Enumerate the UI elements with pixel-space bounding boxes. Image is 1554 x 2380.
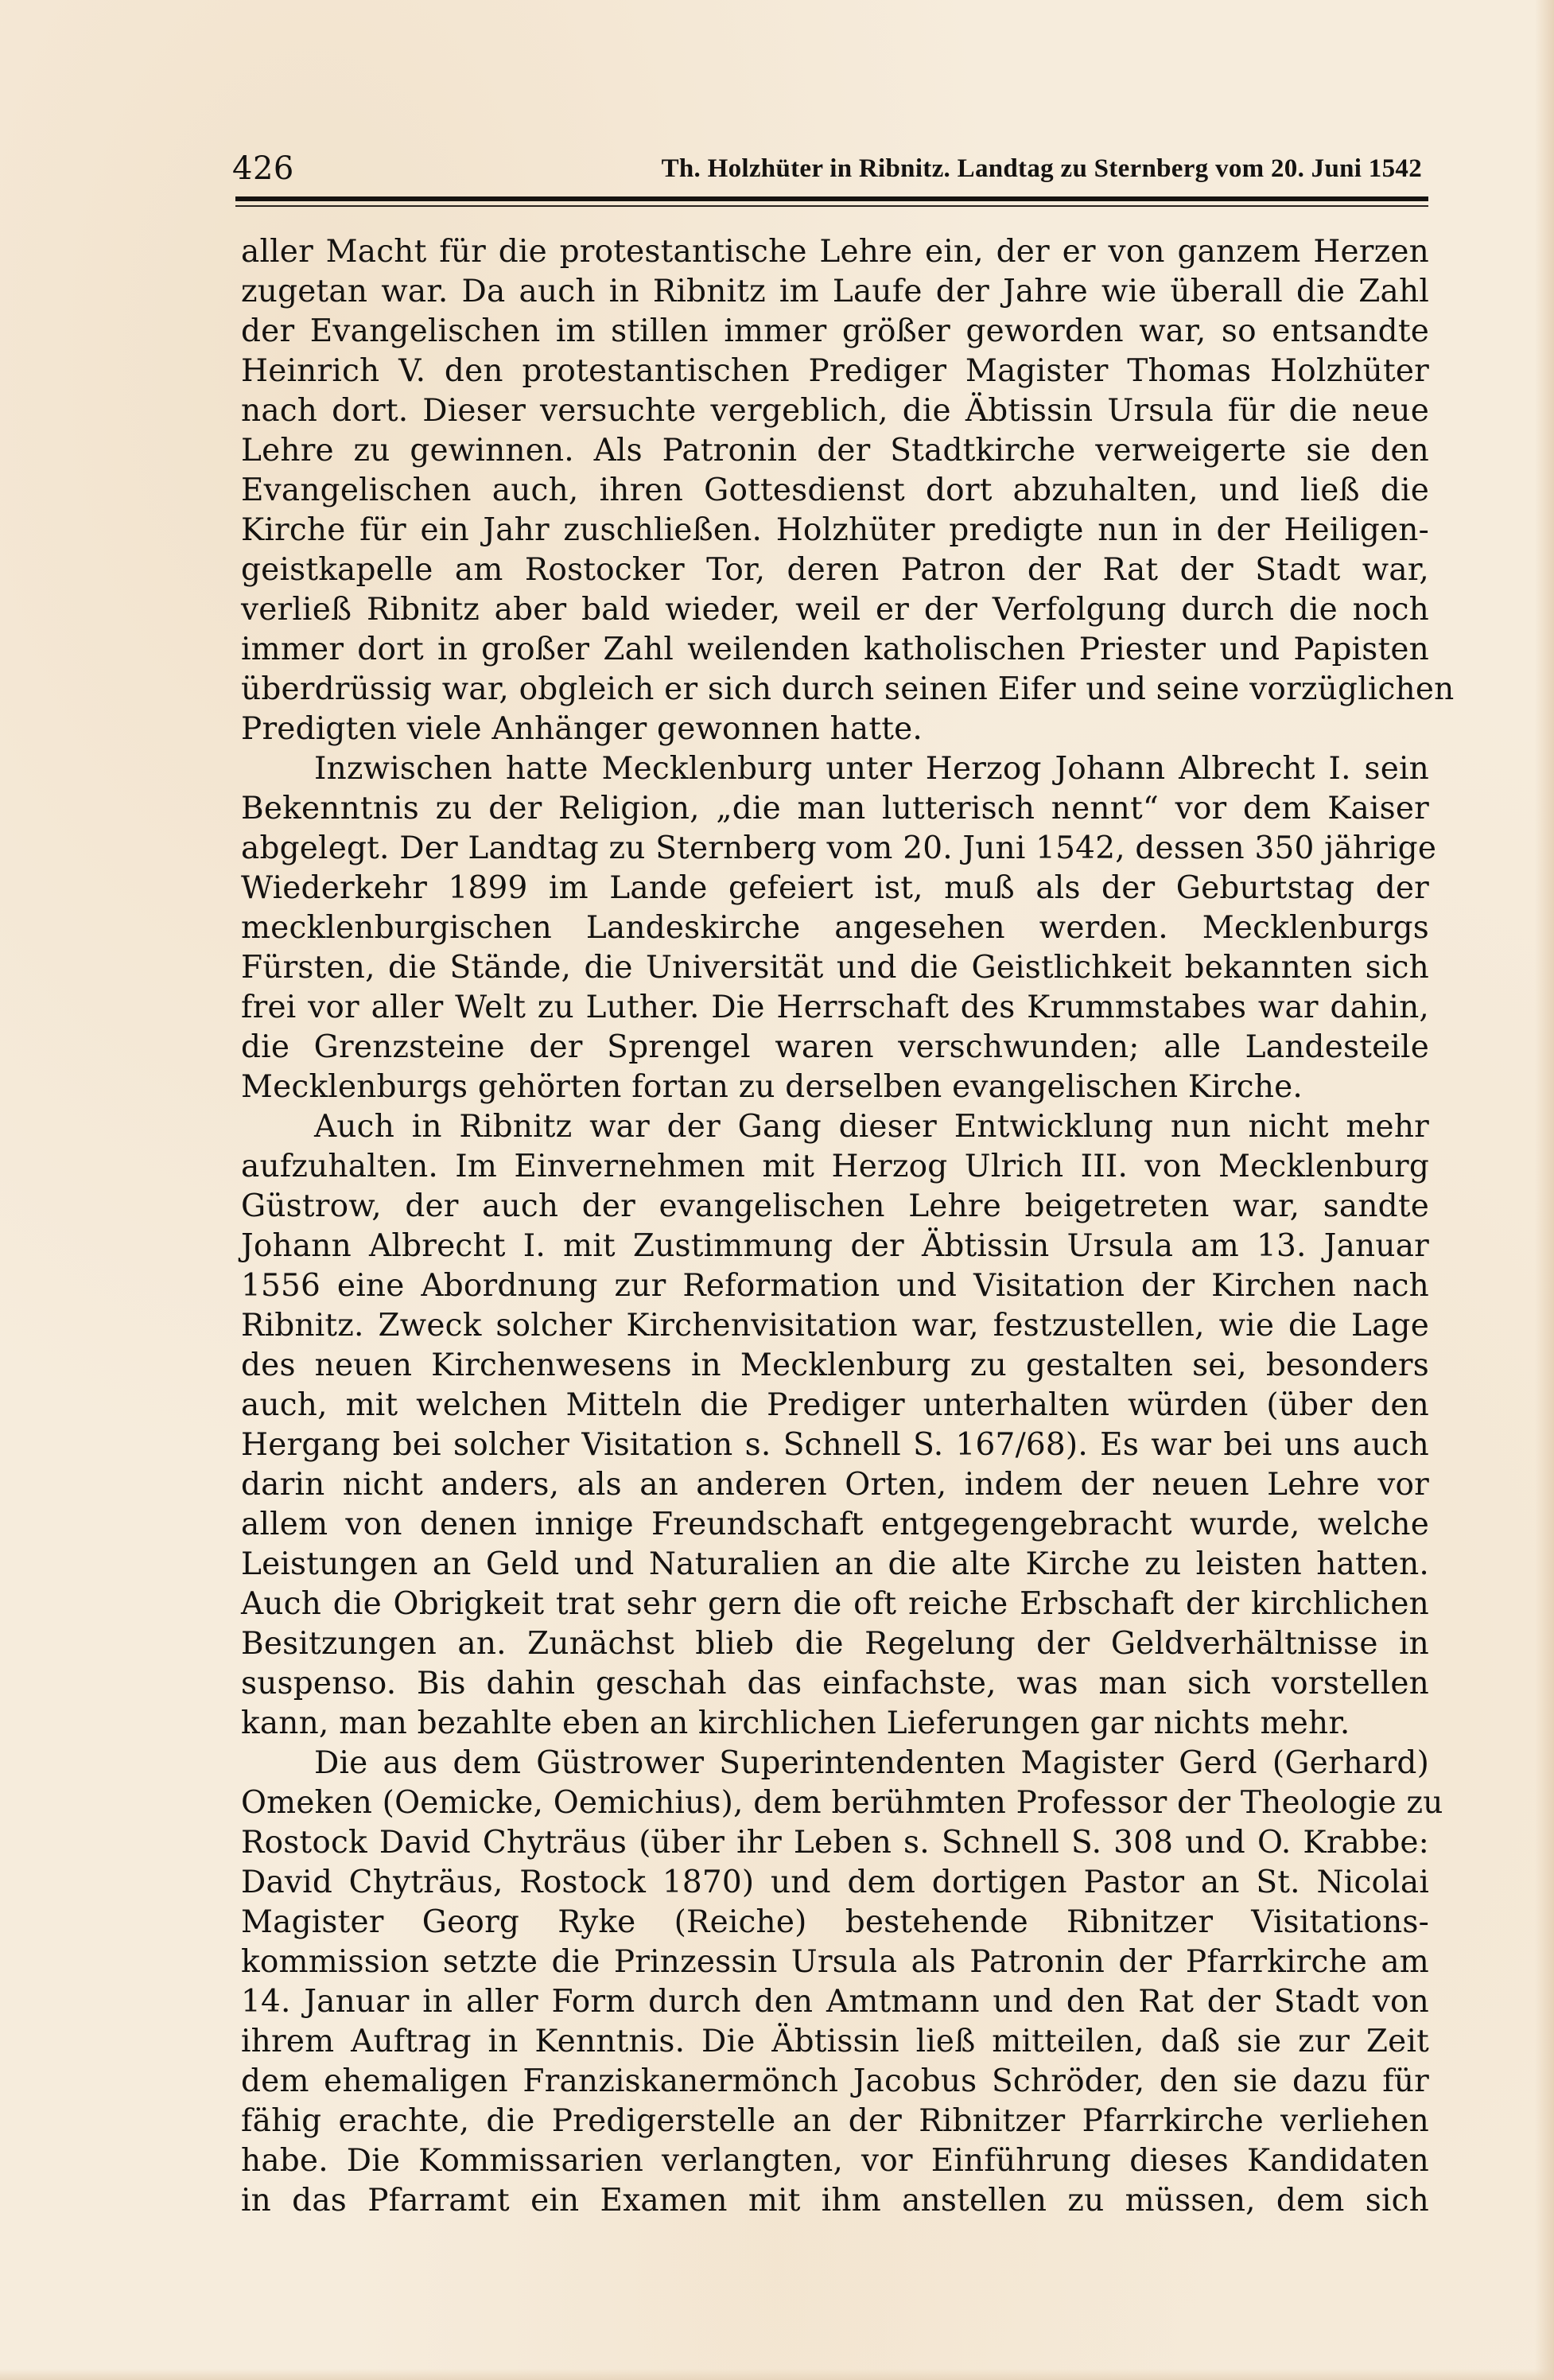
text-line: habe. Die Kommissarien verlangten, vor E… [241,2141,1429,2181]
body-text: aller Macht für die protestantische Lehr… [241,232,1429,2221]
text-line: Hergang bei solcher Visitation s. Schnel… [241,1425,1429,1465]
text-line: die Grenzsteine der Sprengel waren versc… [241,1028,1429,1067]
text-line: allem von denen innige Freundschaft entg… [241,1505,1429,1545]
text-line: suspenso. Bis dahin geschah das einfachs… [241,1664,1429,1704]
text-line: aufzuhalten. Im Einvernehmen mit Herzog … [241,1147,1429,1187]
text-line: fähig erachte, die Predigerstelle an der… [241,2102,1429,2141]
header-rule-thin [235,205,1428,207]
text-line: Fürsten, die Stände, die Universität und… [241,948,1429,988]
text-line: Ribnitz. Zweck solcher Kirchenvisitation… [241,1306,1429,1346]
text-line: zugetan war. Da auch in Ribnitz im Laufe… [241,272,1429,312]
text-line: nach dort. Dieser versuchte vergeblich, … [241,391,1429,431]
text-line: Die aus dem Güstrower Superintendenten M… [241,1744,1429,1783]
text-line: immer dort in großer Zahl weilenden kath… [241,630,1429,670]
text-line: 14. Januar in aller Form durch den Amtma… [241,1982,1429,2022]
text-line: kann, man bezahlte eben an kirchlichen L… [241,1704,1429,1744]
text-line: darin nicht anders, als an anderen Orten… [241,1465,1429,1505]
text-line: ihrem Auftrag in Kenntnis. Die Äbtissin … [241,2022,1429,2062]
text-line: verließ Ribnitz aber bald wieder, weil e… [241,590,1429,630]
text-line: frei vor aller Welt zu Luther. Die Herrs… [241,988,1429,1028]
text-line: auch, mit welchen Mitteln die Prediger u… [241,1386,1429,1425]
text-line: Güstrow, der auch der evangelischen Lehr… [241,1187,1429,1227]
text-line: mecklenburgischen Landeskirche angesehen… [241,908,1429,948]
text-line: Besitzungen an. Zunächst blieb die Regel… [241,1624,1429,1664]
text-line: abgelegt. Der Landtag zu Sternberg vom 2… [241,829,1429,869]
text-line: Wiederkehr 1899 im Lande gefeiert ist, m… [241,869,1429,908]
text-line: Kirche für ein Jahr zuschließen. Holzhüt… [241,511,1429,550]
text-line: Leistungen an Geld und Naturalien an die… [241,1545,1429,1585]
text-line: dem ehemaligen Franziskanermönch Jacobus… [241,2062,1429,2102]
text-line: Auch die Obrigkeit trat sehr gern die of… [241,1585,1429,1624]
text-line: kommission setzte die Prinzessin Ursula … [241,1942,1429,1982]
text-line: Lehre zu gewinnen. Als Patronin der Stad… [241,431,1429,471]
text-line: Inzwischen hatte Mecklenburg unter Herzo… [241,749,1429,789]
text-line: 1556 eine Abordnung zur Reformation und … [241,1266,1429,1306]
text-line: des neuen Kirchenwesens in Mecklenburg z… [241,1346,1429,1386]
text-line: Auch in Ribnitz war der Gang dieser Entw… [241,1107,1429,1147]
page-header: 426 Th. Holzhüter in Ribnitz. Landtag zu… [232,150,1427,188]
header-rule-thick [235,196,1428,201]
text-line: Magister Georg Ryke (Reiche) bestehende … [241,1903,1429,1942]
paragraph: Auch in Ribnitz war der Gang dieser Entw… [241,1107,1429,1744]
text-line: der Evangelischen im stillen immer größe… [241,312,1429,352]
text-line: Omeken (Oemicke, Oemichius), dem berühmt… [241,1783,1429,1823]
paragraph: aller Macht für die protestantische Lehr… [241,232,1429,749]
page-number: 426 [232,150,294,188]
paragraph: Inzwischen hatte Mecklenburg unter Herzo… [241,749,1429,1107]
page-edge-shadow [1535,0,1554,2380]
text-line: überdrüssig war, obgleich er sich durch … [241,670,1429,710]
text-line: Rostock David Chyträus (über ihr Leben s… [241,1823,1429,1863]
text-line: Heinrich V. den protestantischen Predige… [241,352,1429,391]
page-bottom-edge [0,2369,1554,2380]
text-line: aller Macht für die protestantische Lehr… [241,232,1429,272]
text-line: Predigten viele Anhänger gewonnen hatte. [241,710,1429,749]
text-line: in das Pfarramt ein Examen mit ihm anste… [241,2181,1429,2221]
running-head: Th. Holzhüter in Ribnitz. Landtag zu Ste… [662,153,1422,185]
text-line: Mecklenburgs gehörten fortan zu derselbe… [241,1067,1429,1107]
text-line: Evangelischen auch, ihren Gottesdienst d… [241,471,1429,511]
text-line: Johann Albrecht I. mit Zustimmung der Äb… [241,1227,1429,1266]
text-line: Bekenntnis zu der Religion, „die man lut… [241,789,1429,829]
text-line: David Chyträus, Rostock 1870) und dem do… [241,1863,1429,1903]
paragraph: Die aus dem Güstrower Superintendenten M… [241,1744,1429,2221]
text-line: geistkapelle am Rostocker Tor, deren Pat… [241,550,1429,590]
